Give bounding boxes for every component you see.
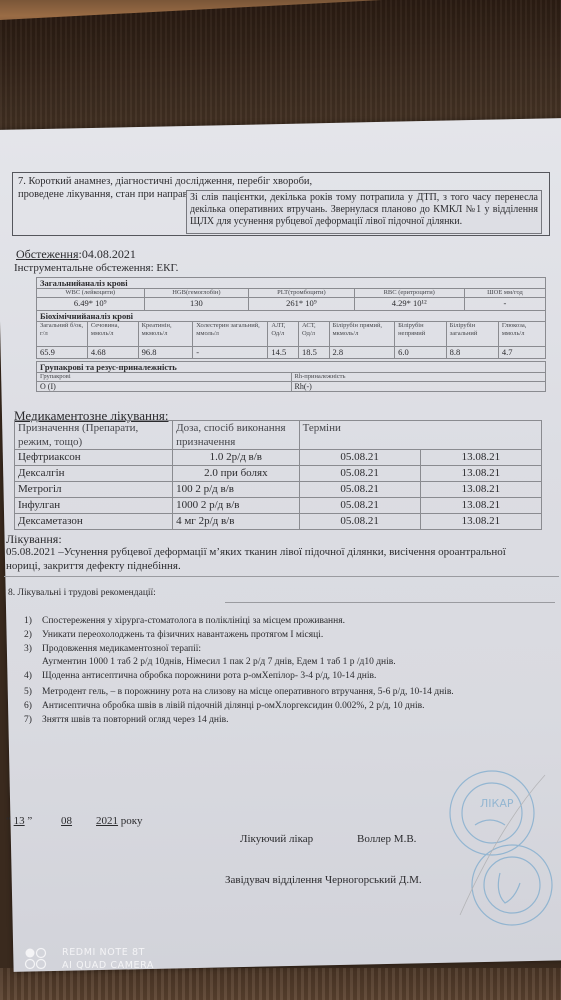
doctor-label: Лікуючий лікар: [240, 833, 313, 845]
recommendation-item: 5)Метродент гель, – в порожнину рота на …: [24, 686, 454, 698]
medication-table: Призначення (Препарати, режим, тощо) Доз…: [14, 420, 542, 530]
medication-row: Інфулган1000 2 р/д в/в05.08.2113.08.21: [15, 498, 542, 514]
blood-group-title: Групакрові та резус-приналежність: [37, 362, 546, 373]
recommendation-text: Уникати переохолоджень та фізичних наван…: [42, 630, 323, 640]
recommendation-item: 2)Уникати переохолоджень та фізичних нав…: [24, 629, 323, 641]
document-content: 7. Короткий анамнез, діагностичні дослід…: [0, 0, 561, 1000]
medication-start-date: 05.08.21: [299, 450, 420, 466]
head-of-department: Завідувач відділення Черногорський Д.М.: [225, 874, 422, 886]
blood-general-header: HGB(гемоглобін): [144, 289, 249, 298]
watermark-line2: AI QUAD CAMERA: [62, 959, 154, 972]
blood-general-value: 4.29* 10¹²: [354, 297, 464, 310]
recommendation-text: Метродент гель, – в порожнину рота на сл…: [42, 687, 454, 697]
medication-end-date: 13.08.21: [420, 514, 541, 530]
instrumental-exam: Інструментальне обстеження: ЕКГ.: [14, 262, 178, 274]
blood-biochem-value: 4.7: [498, 347, 545, 359]
date-suffix: року: [121, 815, 143, 827]
recommendation-item: 3)Продовження медикаментозної терапії:: [24, 643, 201, 655]
blood-biochem-value: 14.5: [268, 347, 299, 359]
recommendation-item: 4)Щоденна антисептична обробка порожнини…: [24, 670, 376, 682]
medication-start-date: 05.08.21: [299, 482, 420, 498]
recommendation-number: 6): [24, 700, 42, 712]
medication-dose: 4 мг 2р/д в/в: [173, 514, 299, 530]
blood-biochem-header: Креатинін, мкмоль/л: [138, 322, 193, 347]
blood-biochem-table: Біохімічнийаналіз крові Загальний б/ок, …: [36, 310, 546, 359]
recommendation-number: 5): [24, 686, 42, 698]
blood-biochem-header: АСТ, Од/л: [299, 322, 329, 347]
blood-biochem-value: 6.0: [395, 347, 447, 359]
blood-biochem-value: 65.9: [37, 347, 88, 359]
blood-general-value: -: [464, 297, 545, 310]
medication-drug: Дексаметазон: [15, 514, 173, 530]
doctor-name: Воллер М.В.: [357, 833, 416, 845]
medication-row: Дексалгін2.0 при болях05.08.2113.08.21: [15, 466, 542, 482]
recommendation-text: Продовження медикаментозної терапії:: [42, 644, 201, 654]
signature-date: “ 13 ” 082021 року: [6, 815, 142, 827]
blood-biochem-title: Біохімічнийаналіз крові: [37, 311, 546, 322]
section7-anamnesis: Зі слів пацієнтки, декілька років тому п…: [186, 190, 542, 234]
svg-text:ЛІКАР: ЛІКАР: [480, 797, 514, 810]
medication-drug: Метрогіл: [15, 482, 173, 498]
blood-biochem-value: 8.8: [446, 347, 498, 359]
medication-dose: 1000 2 р/д в/в: [173, 498, 299, 514]
blood-group-table: Групакрові та резус-приналежність Групак…: [36, 361, 546, 392]
camera-watermark: REDMI NOTE 8T AI QUAD CAMERA: [62, 946, 154, 972]
recommendation-text: Антисептична обробка швів в лівій підочн…: [42, 701, 424, 711]
blood-biochem-header: Білірубін загальний: [446, 322, 498, 347]
medication-end-date: 13.08.21: [420, 498, 541, 514]
medication-dose: 100 2 р/д в/в: [173, 482, 299, 498]
medication-end-date: 13.08.21: [420, 466, 541, 482]
blood-biochem-value: 18.5: [299, 347, 329, 359]
blood-general-header: WBC (лейкоцити): [37, 289, 145, 298]
medication-drug: Цефтриаксон: [15, 450, 173, 466]
med-header-drug: Призначення (Препарати, режим, тощо): [15, 421, 173, 450]
blood-biochem-value: 4.68: [87, 347, 138, 359]
blood-biochem-header: Глюкоза, ммоль/л: [498, 322, 545, 347]
blood-biochem-value: 2.8: [329, 347, 395, 359]
rh-header: Rh-приналежність: [291, 373, 546, 382]
blood-general-value: 6.49* 10⁹: [37, 297, 145, 310]
date-year: 2021: [90, 815, 118, 827]
exam-heading: Обстеження:04.08.2021: [16, 247, 136, 262]
medication-dose: 1.0 2р/д в/в: [173, 450, 299, 466]
blood-general-value: 130: [144, 297, 249, 310]
rh-value: Rh(-): [291, 381, 546, 391]
divider: [4, 576, 559, 577]
med-header-terms: Терміни: [299, 421, 541, 450]
recommendation-text: Спостереження у хірурга-стоматолога в по…: [42, 616, 345, 626]
recommendation-number: 7): [24, 714, 42, 726]
blood-biochem-header: АЛТ, Од/л: [268, 322, 299, 347]
official-stamp-icon: ЛІКАР: [440, 765, 555, 935]
exam-date: :04.08.2021: [79, 247, 136, 261]
blood-general-title: Загальнийаналіз крові: [37, 278, 546, 289]
medication-start-date: 05.08.21: [299, 498, 420, 514]
blood-group-header: Групакрові: [37, 373, 292, 382]
medication-row: Цефтриаксон1.0 2р/д в/в05.08.2113.08.21: [15, 450, 542, 466]
recommendation-text: Аугментин 1000 1 таб 2 р/д 10днів, Німес…: [42, 657, 396, 667]
recommendation-number: 1): [24, 615, 42, 627]
date-day: 13: [14, 815, 25, 827]
medication-row: Метрогіл100 2 р/д в/в05.08.2113.08.21: [15, 482, 542, 498]
date-month: 08: [35, 815, 90, 827]
recommendation-item: Аугментин 1000 1 таб 2 р/д 10днів, Німес…: [24, 656, 396, 668]
medication-start-date: 05.08.21: [299, 514, 420, 530]
exam-label: Обстеження: [16, 247, 79, 261]
camera-logo-icon: [24, 947, 48, 971]
recommendation-number: 4): [24, 670, 42, 682]
blood-biochem-header: Сечовина, ммоль/л: [87, 322, 138, 347]
blood-biochem-header: Загальний б/ок, г/л: [37, 322, 88, 347]
blood-biochem-header: Білірубін непрямий: [395, 322, 447, 347]
blood-biochem-header: Холестерин загальний, ммоль/л: [193, 322, 268, 347]
treatment-text: 05.08.2021 –Усунення рубцевої деформації…: [6, 545, 536, 573]
medication-end-date: 13.08.21: [420, 450, 541, 466]
medication-start-date: 05.08.21: [299, 466, 420, 482]
recommendation-item: 7)Зняття швів та повторний огляд через 1…: [24, 714, 229, 726]
blood-biochem-value: 96.8: [138, 347, 193, 359]
blood-group-value: O (I): [37, 381, 292, 391]
blood-general-header: RBC (еритроцити): [354, 289, 464, 298]
blood-general-value: 261* 10⁹: [249, 297, 354, 310]
recommendation-number: 3): [24, 643, 42, 655]
divider: [225, 602, 555, 603]
medication-drug: Інфулган: [15, 498, 173, 514]
medication-row: Дексаметазон4 мг 2р/д в/в05.08.2113.08.2…: [15, 514, 542, 530]
blood-general-header: ШОЕ мм/год: [464, 289, 545, 298]
section8-label: 8. Лікувальні і трудові рекомендації:: [8, 588, 156, 598]
recommendation-item: 6)Антисептична обробка швів в лівій підо…: [24, 700, 424, 712]
medication-end-date: 13.08.21: [420, 482, 541, 498]
medication-drug: Дексалгін: [15, 466, 173, 482]
med-header-dose: Доза, спосіб виконання призначення: [173, 421, 299, 450]
recommendation-number: 2): [24, 629, 42, 641]
watermark-line1: REDMI NOTE 8T: [62, 946, 154, 959]
blood-biochem-value: -: [193, 347, 268, 359]
blood-biochem-header: Білірубін прямий, мкмоль/л: [329, 322, 395, 347]
recommendation-text: Зняття швів та повторний огляд через 14 …: [42, 715, 229, 725]
recommendation-text: Щоденна антисептична обробка порожнини р…: [42, 671, 376, 681]
blood-general-table: Загальнийаналіз крові WBC (лейкоцити)HGB…: [36, 277, 546, 311]
recommendation-item: 1)Спостереження у хірурга-стоматолога в …: [24, 615, 345, 627]
blood-general-header: PLT(тромбоцити): [249, 289, 354, 298]
medication-dose: 2.0 при болях: [173, 466, 299, 482]
